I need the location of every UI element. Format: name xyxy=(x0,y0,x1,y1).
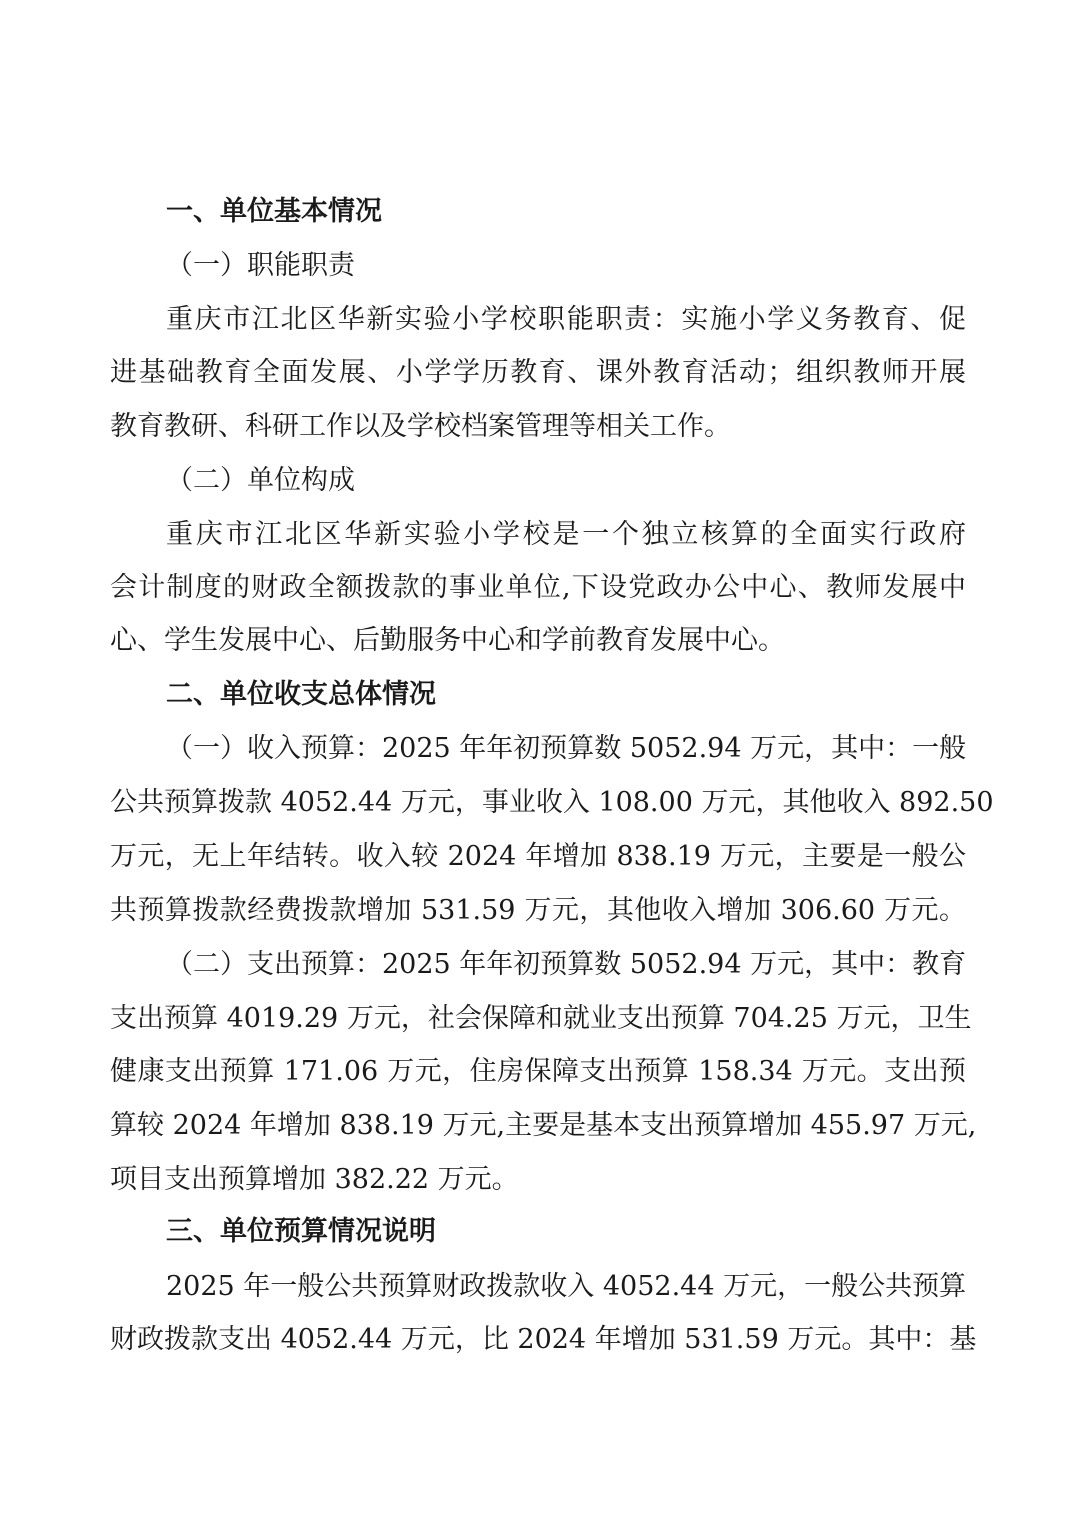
paragraph-line: 心、学生发展中心、后勤服务中心和学前教育发展中心。 xyxy=(110,614,966,668)
paragraph-line: 共预算拨款经费拨款增加 531.59 万元，其他收入增加 306.60 万元。 xyxy=(110,884,966,938)
paragraph-line: 进基础教育全面发展、小学学历教育、课外教育活动；组织教师开展 xyxy=(110,346,966,400)
paragraph-line: （二）支出预算：2025 年年初预算数 5052.94 万元，其中：教育 xyxy=(166,938,966,992)
paragraph-line: 健康支出预算 171.06 万元，住房保障支出预算 158.34 万元。支出预 xyxy=(110,1045,966,1099)
paragraph-line: 算较 2024 年增加 838.19 万元,主要是基本支出预算增加 455.97… xyxy=(110,1099,966,1153)
paragraph-line: 公共预算拨款 4052.44 万元，事业收入 108.00 万元，其他收入 89… xyxy=(110,776,966,830)
subsection-title-composition: （二）单位构成 xyxy=(166,454,1022,508)
paragraph-line: 重庆市江北区华新实验小学校职能职责：实施小学义务教育、促 xyxy=(166,293,966,347)
paragraph-line: 万元，无上年结转。收入较 2024 年增加 838.19 万元，主要是一般公 xyxy=(110,830,966,884)
subsection-title-duties: （一）职能职责 xyxy=(166,239,1022,293)
paragraph-line: 项目支出预算增加 382.22 万元。 xyxy=(110,1153,966,1207)
paragraph-line: 教育教研、科研工作以及学校档案管理等相关工作。 xyxy=(110,400,966,454)
section-heading-2: 二、单位收支总体情况 xyxy=(166,668,1022,722)
paragraph-line: 2025 年一般公共预算财政拨款收入 4052.44 万元，一般公共预算 xyxy=(166,1260,966,1314)
paragraph-line: 会计制度的财政全额拨款的事业单位,下设党政办公中心、教师发展中 xyxy=(110,561,966,615)
section-heading-3: 三、单位预算情况说明 xyxy=(166,1205,1022,1259)
paragraph-line: 财政拨款支出 4052.44 万元，比 2024 年增加 531.59 万元。其… xyxy=(110,1313,966,1367)
paragraph-line: 支出预算 4019.29 万元，社会保障和就业支出预算 704.25 万元，卫生 xyxy=(110,992,966,1046)
paragraph-line: 重庆市江北区华新实验小学校是一个独立核算的全面实行政府 xyxy=(166,508,966,562)
section-heading-1: 一、单位基本情况 xyxy=(166,185,1022,239)
paragraph-line: （一）收入预算：2025 年年初预算数 5052.94 万元，其中：一般 xyxy=(166,722,966,776)
